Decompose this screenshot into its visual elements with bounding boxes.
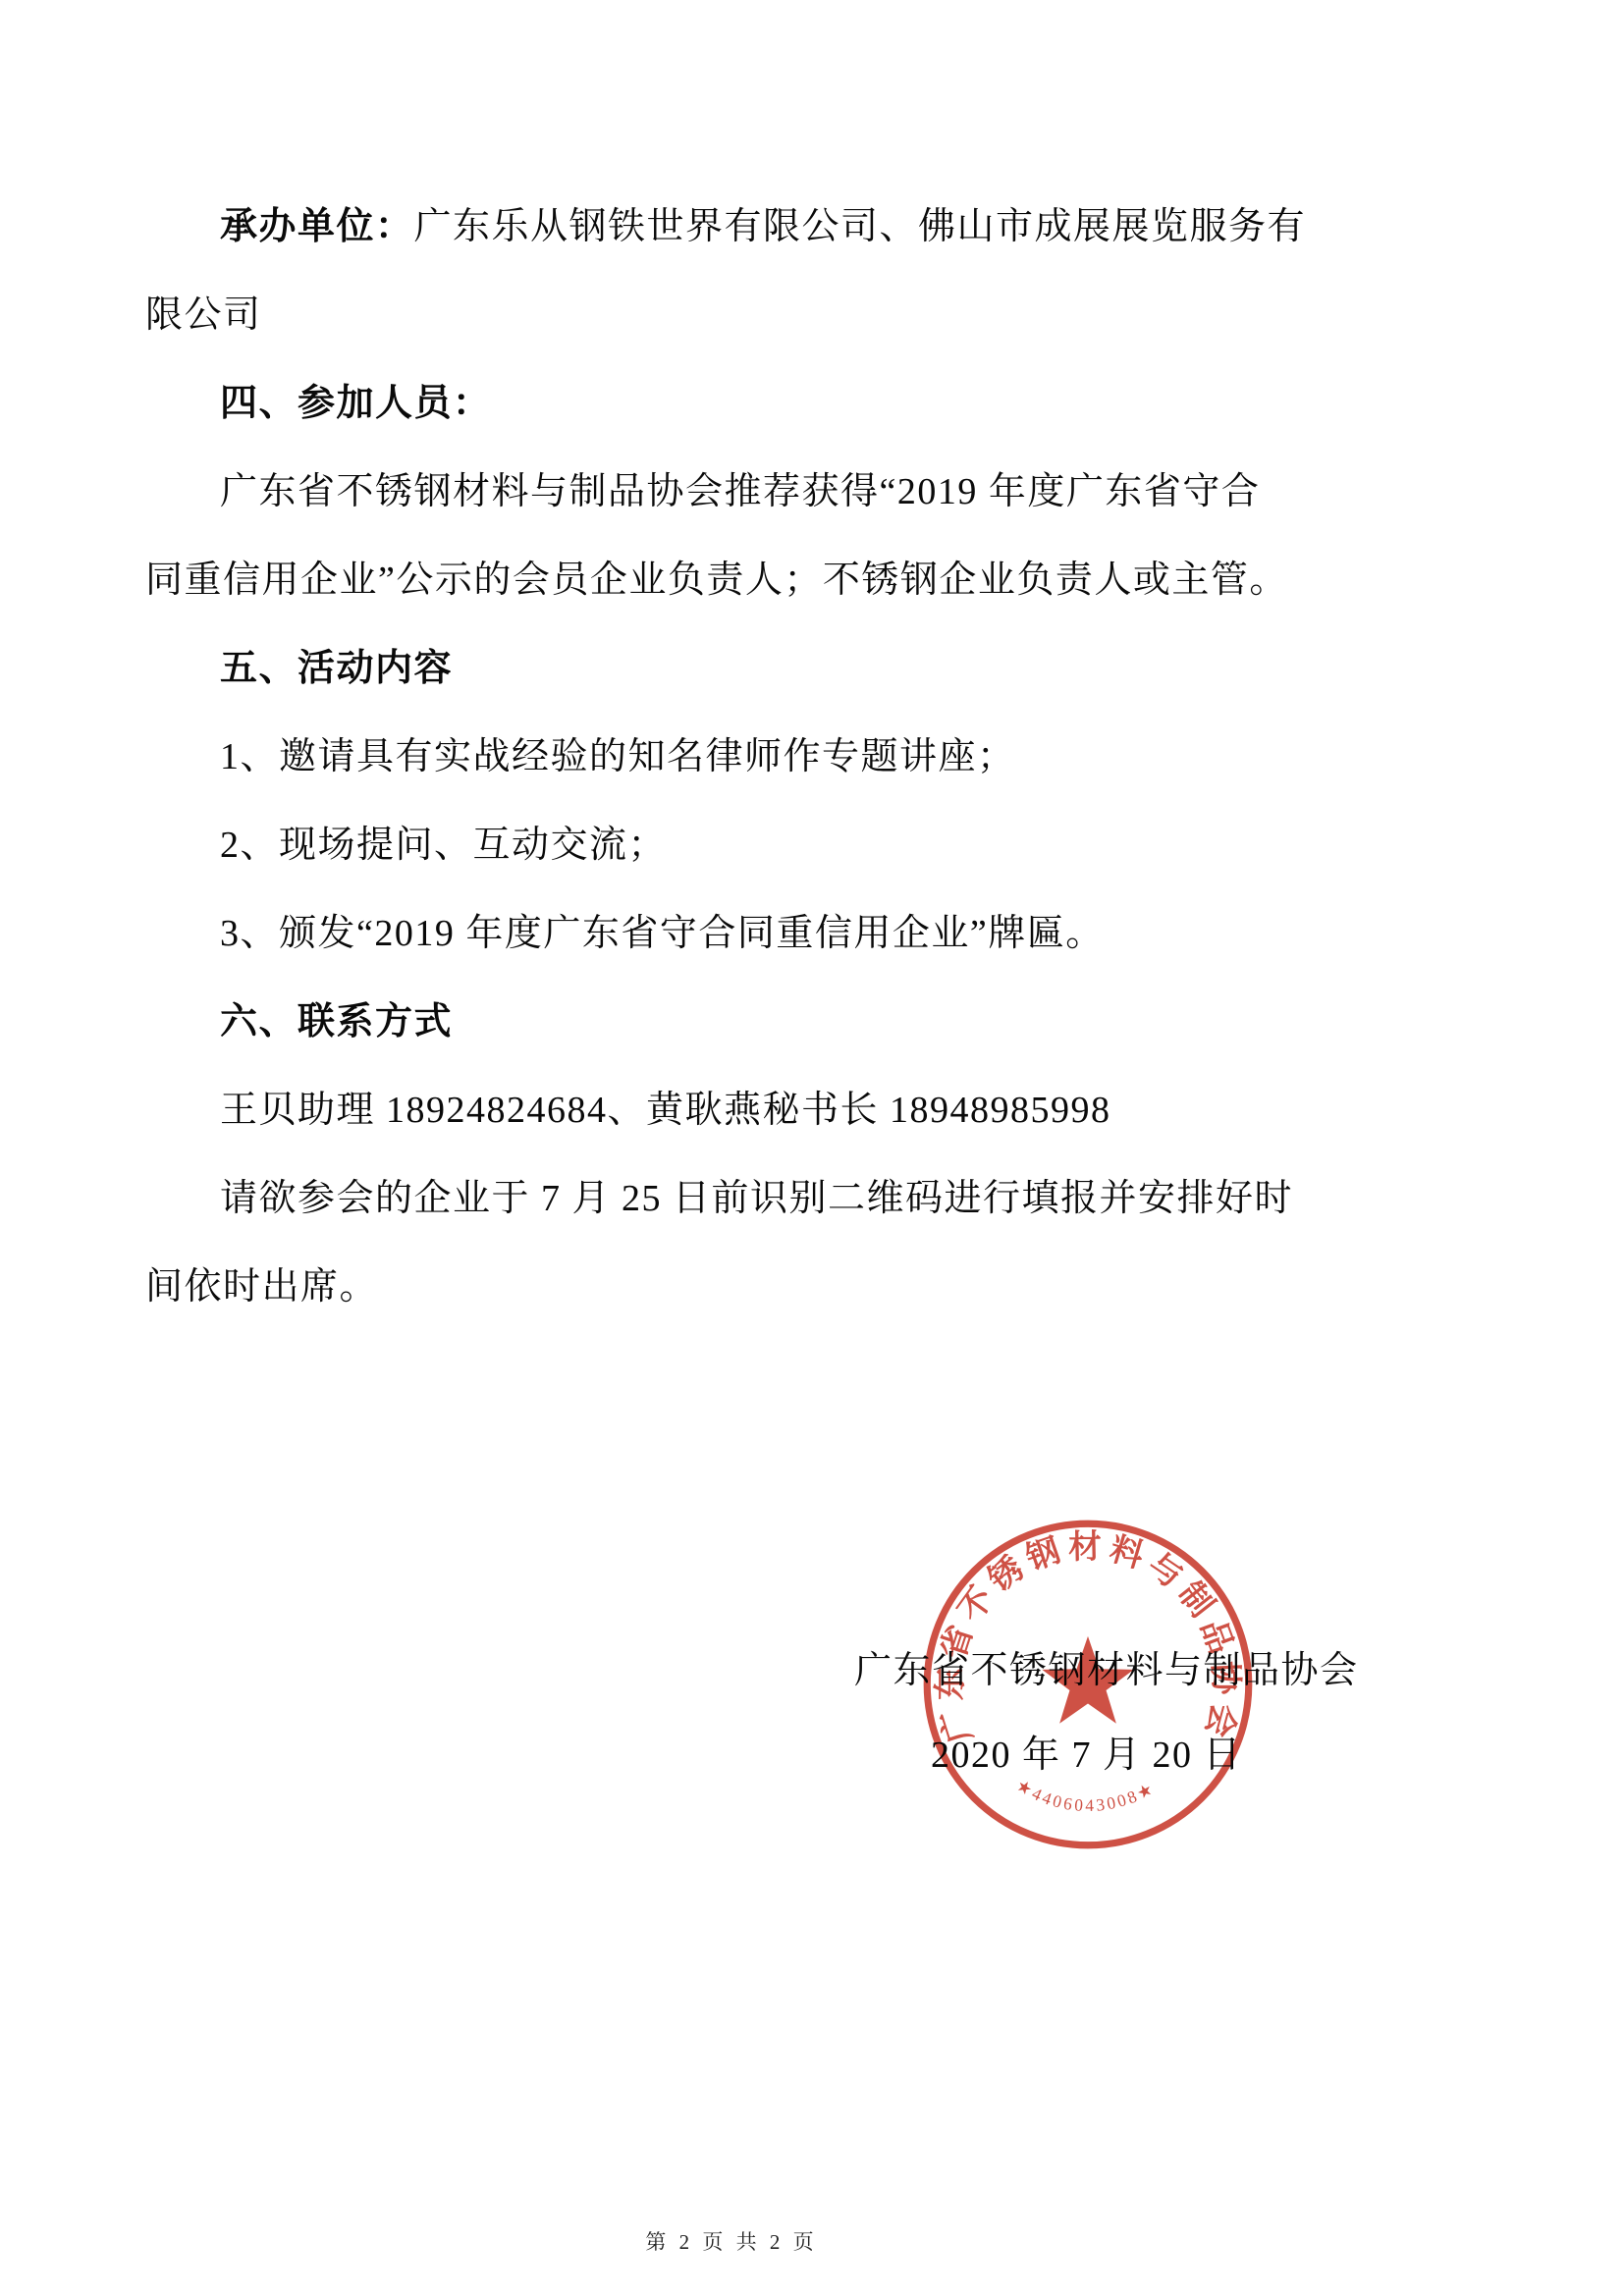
document-page: 承办单位：广东乐从钢铁世界有限公司、佛山市成展展览服务有 限公司 四、参加人员：…: [0, 0, 1624, 2296]
registration-note-line-2: 间依时出席。: [145, 1243, 1489, 1331]
contact-info-line: 王贝助理 18924824684、黄耿燕秘书长 18948985998: [145, 1066, 1489, 1154]
seal-registration-code: ★4406043008★: [1013, 1775, 1157, 1815]
participants-text-line-1: 广东省不锈钢材料与制品协会推荐获得“2019 年度广东省守合: [145, 448, 1489, 536]
section-heading-participants: 四、参加人员：: [145, 359, 1489, 448]
organizer-label: 承办单位：: [220, 206, 414, 247]
organizer-line-continuation: 限公司: [145, 271, 1489, 359]
activity-item-2: 2、现场提问、互动交流；: [145, 801, 1489, 889]
activity-item-1: 1、邀请具有实战经验的知名律师作专题讲座；: [145, 713, 1489, 801]
page-number-footer: 第 2 页 共 2 页: [0, 2226, 1463, 2256]
svg-text:广东省不锈钢材料与制品协会: 广东省不锈钢材料与制品协会: [932, 1528, 1245, 1747]
signature-date: 2020 年 7 月 20 日: [931, 1724, 1242, 1778]
participants-text-line-2: 同重信用企业”公示的会员企业负责人；不锈钢企业负责人或主管。: [145, 536, 1489, 624]
activity-item-3: 3、颁发“2019 年度广东省守合同重信用企业”牌匾。: [145, 889, 1489, 978]
organizer-names: 广东乐从钢铁世界有限公司、佛山市成展展览服务有: [414, 206, 1307, 247]
svg-text:★4406043008★: ★4406043008★: [1013, 1775, 1157, 1815]
section-heading-contact: 六、联系方式: [145, 978, 1489, 1066]
organizer-line: 承办单位：广东乐从钢铁世界有限公司、佛山市成展展览服务有: [145, 183, 1489, 271]
signature-organization: 广东省不锈钢材料与制品协会: [854, 1639, 1359, 1693]
registration-note-line-1: 请欲参会的企业于 7 月 25 日前识别二维码进行填报并安排好时: [145, 1154, 1489, 1243]
seal-ring-text: 广东省不锈钢材料与制品协会: [932, 1528, 1245, 1747]
document-body: 承办单位：广东乐从钢铁世界有限公司、佛山市成展展览服务有 限公司 四、参加人员：…: [145, 183, 1489, 1331]
section-heading-activities: 五、活动内容: [145, 624, 1489, 713]
